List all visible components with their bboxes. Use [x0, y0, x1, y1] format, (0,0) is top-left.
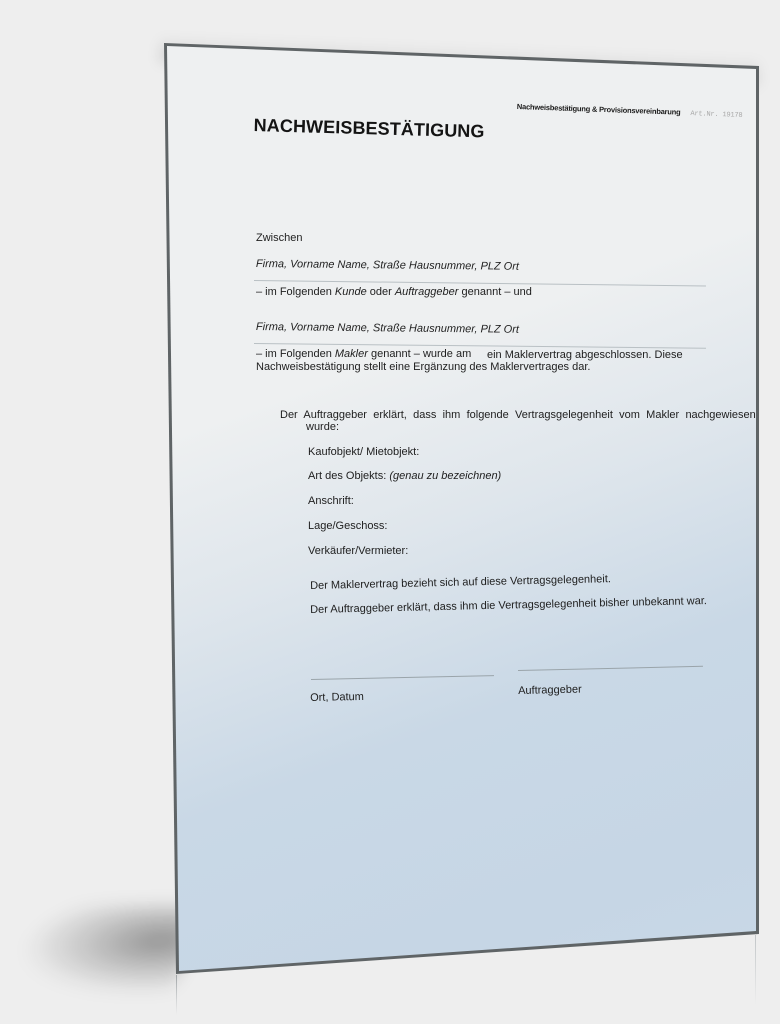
role-makler: Makler — [335, 348, 368, 360]
field-lage-geschoss: Lage/Geschoss: — [308, 520, 388, 533]
document-content: Nachweisbestätigung & Provisionsvereinba… — [0, 0, 780, 1024]
document-preview-stage: Nachweisbestätigung & Provisionsvereinba… — [0, 0, 780, 1024]
party2-placeholder: Firma, Vorname Name, Straße Hausnummer, … — [256, 321, 519, 337]
signature-label-auftraggeber: Auftraggeber — [518, 684, 582, 698]
between-label: Zwischen — [256, 232, 302, 245]
party2-line2: Nachweisbestätigung stellt eine Ergänzun… — [256, 361, 590, 374]
party1-role: – im Folgenden Kunde oder Auftraggeber g… — [256, 286, 532, 299]
article-number: Art.Nr. 19178 — [690, 110, 742, 120]
role-auftraggeber: Auftraggeber — [395, 286, 459, 298]
signature-line-auftraggeber — [518, 666, 703, 671]
declaration-line2: wurde: — [306, 421, 339, 434]
header-meta: Nachweisbestätigung & Provisionsvereinba… — [517, 102, 743, 120]
signature-line-ort-datum — [311, 675, 494, 680]
field-verkaeufer-vermieter: Verkäufer/Vermieter: — [308, 545, 408, 558]
field-art-des-objekts: Art des Objekts: (genau zu bezeichnen) — [308, 470, 501, 483]
statement-unbekannt: Der Auftraggeber erklärt, dass ihm die V… — [310, 595, 707, 617]
statement-maklervertrag: Der Maklervertrag bezieht sich auf diese… — [310, 573, 611, 593]
party2-role: – im Folgenden Makler genannt – wurde am — [256, 348, 471, 361]
declaration-line1: Der Auftraggeber erklärt, dass ihm folge… — [280, 409, 756, 422]
signature-label-ort-datum: Ort, Datum — [310, 691, 364, 705]
document-title: NACHWEISBESTÄTIGUNG — [253, 115, 484, 142]
field-anschrift: Anschrift: — [308, 495, 354, 508]
field-hint: (genau zu bezeichnen) — [389, 470, 501, 482]
party1-placeholder: Firma, Vorname Name, Straße Hausnummer, … — [256, 258, 519, 274]
field-kaufobjekt: Kaufobjekt/ Mietobjekt: — [308, 446, 419, 459]
doc-type-label: Nachweisbestätigung & Provisionsvereinba… — [517, 102, 681, 117]
role-kunde: Kunde — [335, 286, 367, 298]
